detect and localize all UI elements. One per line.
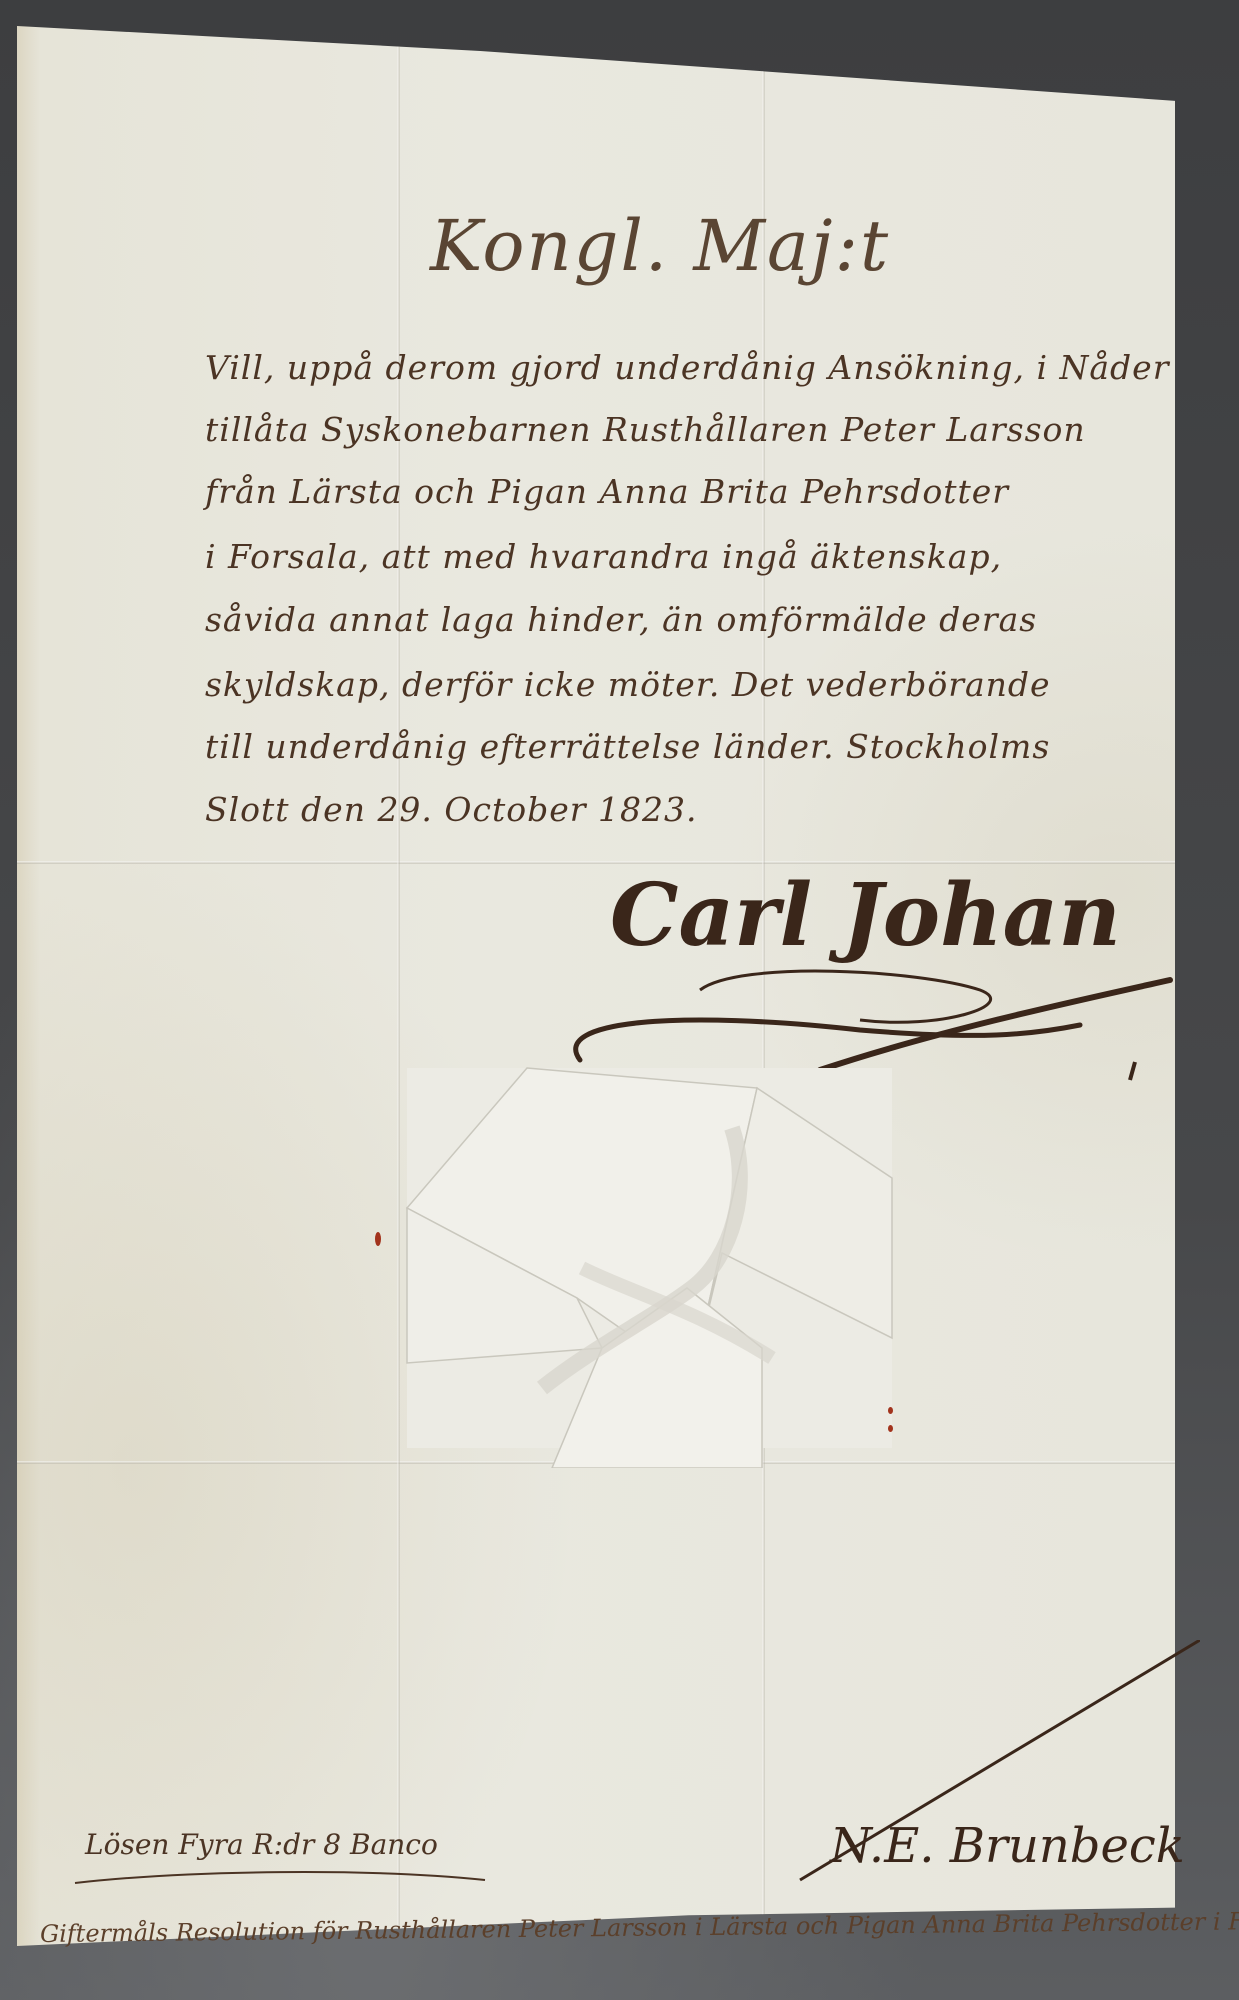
body-line: från Lärsta och Pigan Anna Brita Pehrsdo… [205,472,1009,511]
body-line: tillåta Syskonebarnen Rusthållaren Peter… [205,410,1086,449]
document-heading: Kongl. Maj:t [430,205,890,287]
body-line: till underdånig efterrättelse länder. St… [205,727,1050,766]
fee-annotation: Lösen Fyra R:dr 8 Banco [85,1828,438,1861]
embossed-paper-seal-icon [392,1048,902,1468]
body-line: Slott den 29. October 1823. [205,790,697,829]
body-line: skyldskap, derför icke möter. Det vederb… [205,665,1051,704]
fold-line [17,861,1175,864]
wax-stain [375,1232,381,1246]
countersign-stroke-icon [760,1640,1200,1940]
fold-line [397,26,400,1946]
wax-stain [888,1425,893,1432]
body-line: Vill, uppå derom gjord underdånig Ansökn… [205,348,1169,387]
wax-stain [888,1407,893,1414]
countersignature: N.E. Brunbeck [830,1818,1185,1874]
body-line: i Forsala, att med hvarandra ingå äktens… [205,537,1002,576]
annotation-underline-icon [70,1868,490,1888]
body-line: såvida annat laga hinder, än omförmälde … [205,600,1037,639]
